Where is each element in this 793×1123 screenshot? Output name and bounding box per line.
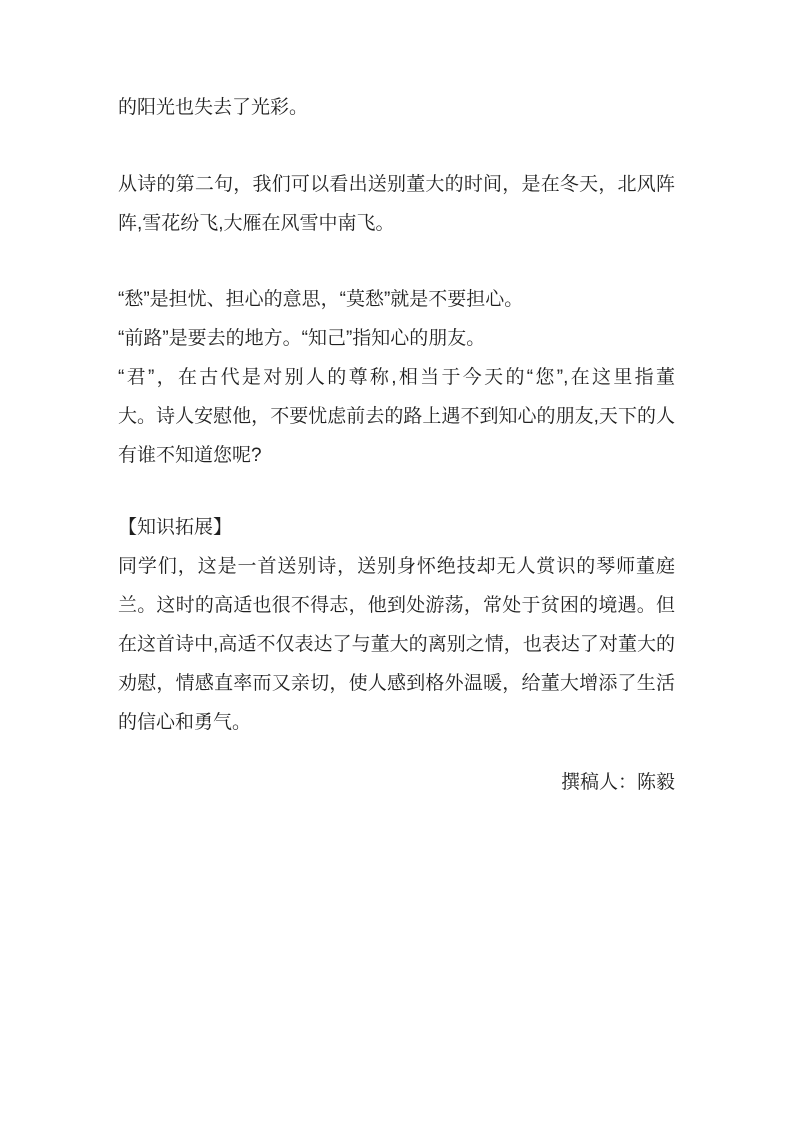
document-page: 的阳光也失去了光彩。 从诗的第二句，我们可以看出送别董大的时间，是在冬天，北风阵… — [0, 0, 793, 1123]
text-line: 在这首诗中,高适不仅表达了与董大的离别之情，也表达了对董大的 — [118, 625, 675, 664]
text-line: 兰。这时的高适也很不得志，他到处游荡，常处于贫困的境遇。但 — [118, 586, 675, 625]
text-line: 阵,雪花纷飞,大雁在风雪中南飞。 — [118, 204, 675, 243]
text-line: 从诗的第二句，我们可以看出送别董大的时间，是在冬天，北风阵 — [118, 165, 675, 204]
text-line: “前路”是要去的地方。“知己”指知心的朋友。 — [118, 319, 675, 358]
paragraph-chou-explanation: “愁”是担忧、担心的意思，“莫愁”就是不要担心。 — [118, 280, 675, 319]
text-line: 【知识拓展】 — [118, 508, 675, 547]
paragraph-second-line-analysis: 从诗的第二句，我们可以看出送别董大的时间，是在冬天，北风阵 阵,雪花纷飞,大雁在… — [118, 165, 675, 243]
text-line: 撰稿人：陈毅 — [118, 763, 675, 802]
paragraph-sunlight-conclusion: 的阳光也失去了光彩。 — [118, 88, 675, 127]
text-line: “愁”是担忧、担心的意思，“莫愁”就是不要担心。 — [118, 280, 675, 319]
text-line: 大。诗人安慰他，不要忧虑前去的路上遇不到知心的朋友,天下的人 — [118, 397, 675, 436]
text-line: 的阳光也失去了光彩。 — [118, 88, 675, 127]
paragraph-knowledge-expansion-body: 同学们，这是一首送别诗，送别身怀绝技却无人赏识的琴师董庭 兰。这时的高适也很不得… — [118, 547, 675, 742]
text-line: 的信心和勇气。 — [118, 703, 675, 742]
heading-knowledge-expansion: 【知识拓展】 — [118, 508, 675, 547]
text-line: 同学们，这是一首送别诗，送别身怀绝技却无人赏识的琴师董庭 — [118, 547, 675, 586]
text-line: 有谁不知道您呢? — [118, 436, 675, 475]
paragraph-qianlu-zhiji-explanation: “前路”是要去的地方。“知己”指知心的朋友。 — [118, 319, 675, 358]
text-line: 劝慰，情感直率而又亲切，使人感到格外温暖，给董大增添了生活 — [118, 664, 675, 703]
author-signature: 撰稿人：陈毅 — [118, 763, 675, 802]
text-line: “君”，在古代是对别人的尊称,相当于今天的“您”,在这里指董 — [118, 358, 675, 397]
paragraph-jun-explanation: “君”，在古代是对别人的尊称,相当于今天的“您”,在这里指董 大。诗人安慰他，不… — [118, 358, 675, 475]
